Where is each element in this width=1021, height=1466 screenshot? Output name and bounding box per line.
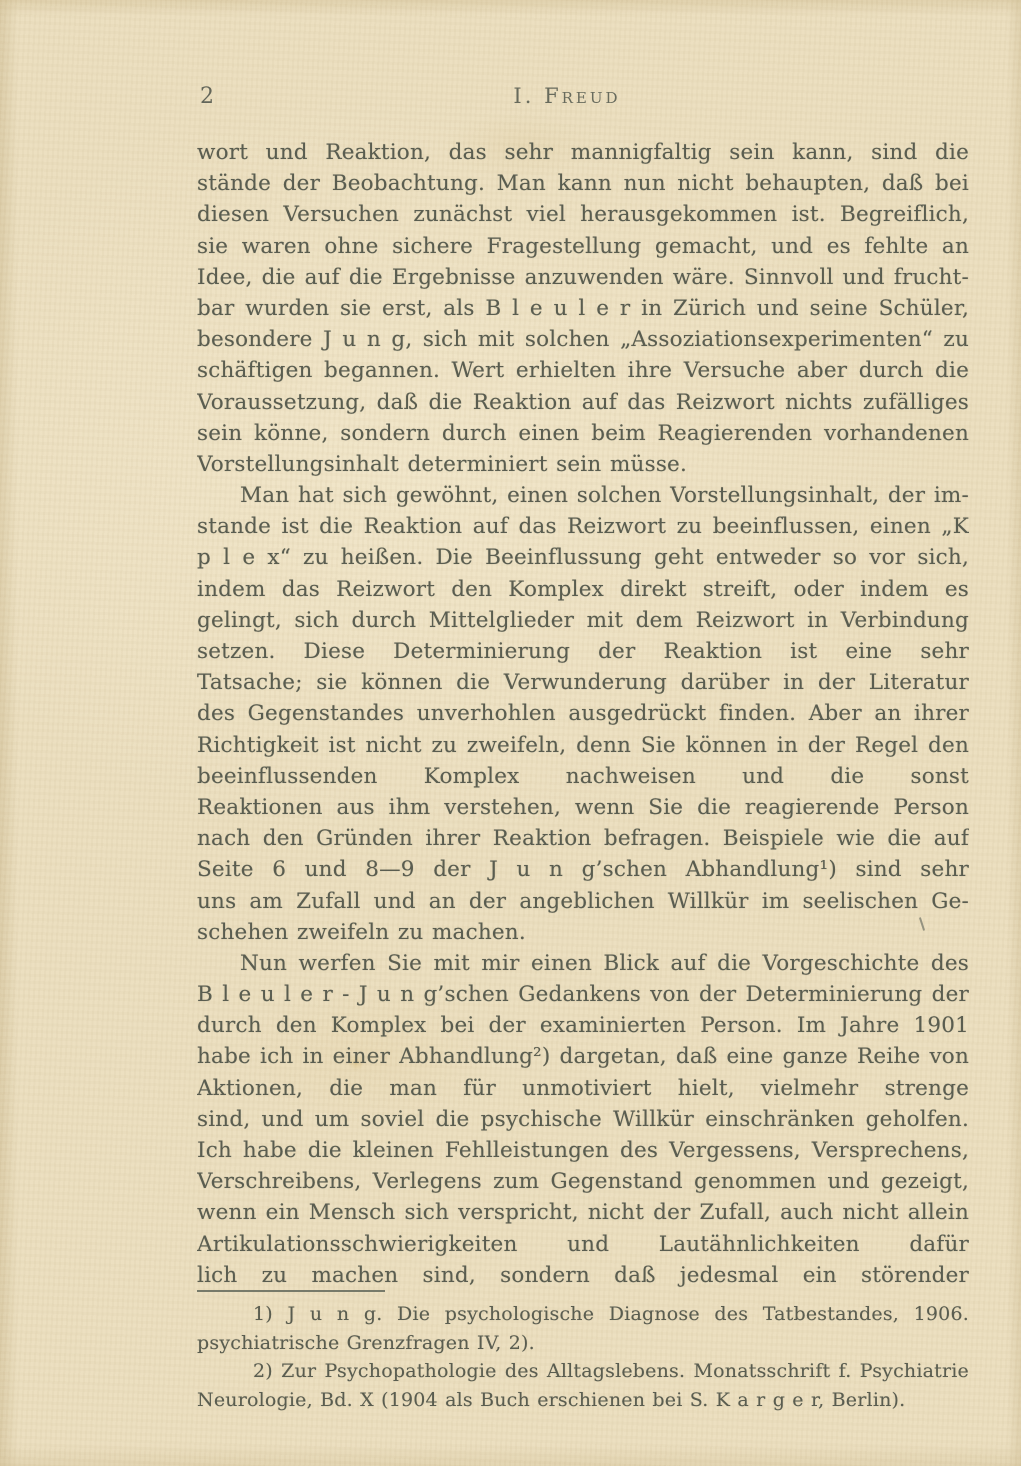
text-line: stände der Beobachtung. Man kann nun nic…	[197, 168, 969, 199]
text-line: Idee, die auf die Ergebnisse anzuwenden …	[197, 262, 969, 293]
text-line: Tatsache; sie können die Verwunderung da…	[197, 667, 969, 698]
text-line: schäftigen begannen. Wert erhielten ihre…	[197, 355, 969, 386]
text-line: diesen Versuchen zunächst viel herausgek…	[197, 199, 969, 230]
footnote-line: 1) J u n g. Die psychologische Diagnose …	[197, 1300, 969, 1329]
text-line: Verschreibens, Verlegens zum Gegenstand …	[197, 1166, 969, 1197]
footnote-line: Neurologie, Bd. X (1904 als Buch erschie…	[197, 1386, 969, 1415]
text-line: nach den Gründen ihrer Reaktion befragen…	[197, 823, 969, 854]
text-line: gelingt, sich durch Mittelglieder mit de…	[197, 605, 969, 636]
text-line: Nun werfen Sie mit mir einen Blick auf d…	[197, 948, 969, 979]
footnote-line: 2) Zur Psychopathologie des Alltagsleben…	[197, 1357, 969, 1386]
text-line: schehen zweifeln zu machen.	[197, 917, 969, 948]
text-line: Reaktionen aus ihm verstehen, wenn Sie d…	[197, 792, 969, 823]
body-text: wort und Reaktion, das sehr mannigfaltig…	[197, 137, 969, 1291]
footnote-line: psychiatrische Grenzfragen IV, 2).	[197, 1329, 969, 1358]
text-line: uns am Zufall und an der angeblichen Wil…	[197, 886, 969, 917]
text-line: indem das Reizwort den Komplex direkt st…	[197, 574, 969, 605]
text-line: Aktionen, die man für unmotiviert hielt,…	[197, 1073, 969, 1104]
text-line: Vorstellungsinhalt determiniert sein müs…	[197, 449, 969, 480]
text-line: sie waren ohne sichere Fragestellung gem…	[197, 231, 969, 262]
text-line: p l e x“ zu heißen. Die Beeinflussung ge…	[197, 542, 969, 573]
running-header: I. Freud	[197, 84, 937, 108]
text-line: Seite 6 und 8—9 der J u n g’schen Abhand…	[197, 854, 969, 885]
text-line: stande ist die Reaktion auf das Reizwort…	[197, 511, 969, 542]
text-line: beeinflussenden Komplex nachweisen und d…	[197, 761, 969, 792]
text-line: Artikulationsschwierigkeiten und Lautähn…	[197, 1229, 969, 1260]
text-line: wort und Reaktion, das sehr mannigfaltig…	[197, 137, 969, 168]
text-line: besondere J u n g, sich mit solchen „Ass…	[197, 324, 969, 355]
text-line: Ich habe die kleinen Fehlleistungen des …	[197, 1135, 969, 1166]
text-line: Man hat sich gewöhnt, einen solchen Vors…	[197, 480, 969, 511]
text-line: des Gegenstandes unverhohlen ausgedrückt…	[197, 698, 969, 729]
text-line: sind, und um soviel die psychische Willk…	[197, 1104, 969, 1135]
footnotes: 1) J u n g. Die psychologische Diagnose …	[197, 1300, 969, 1414]
text-line: Voraussetzung, daß die Reaktion auf das …	[197, 387, 969, 418]
text-line: durch den Komplex bei der examinierten P…	[197, 1010, 969, 1041]
text-line: Richtigkeit ist nicht zu zweifeln, denn …	[197, 730, 969, 761]
text-line: B l e u l e r - J u n g’schen Gedankens …	[197, 979, 969, 1010]
text-line: sein könne, sondern durch einen beim Rea…	[197, 418, 969, 449]
footnote-separator	[197, 1290, 385, 1292]
text-line: bar wurden sie erst, als B l e u l e r i…	[197, 293, 969, 324]
text-line: habe ich in einer Abhandlung²) dargetan,…	[197, 1041, 969, 1072]
text-line: setzen. Diese Determinierung der Reaktio…	[197, 636, 969, 667]
text-line: lich zu machen sind, sondern daß jedesma…	[197, 1260, 969, 1291]
book-page-scan: 2 I. Freud wort und Reaktion, das sehr m…	[0, 0, 1021, 1466]
text-line: wenn ein Mensch sich verspricht, nicht d…	[197, 1197, 969, 1228]
